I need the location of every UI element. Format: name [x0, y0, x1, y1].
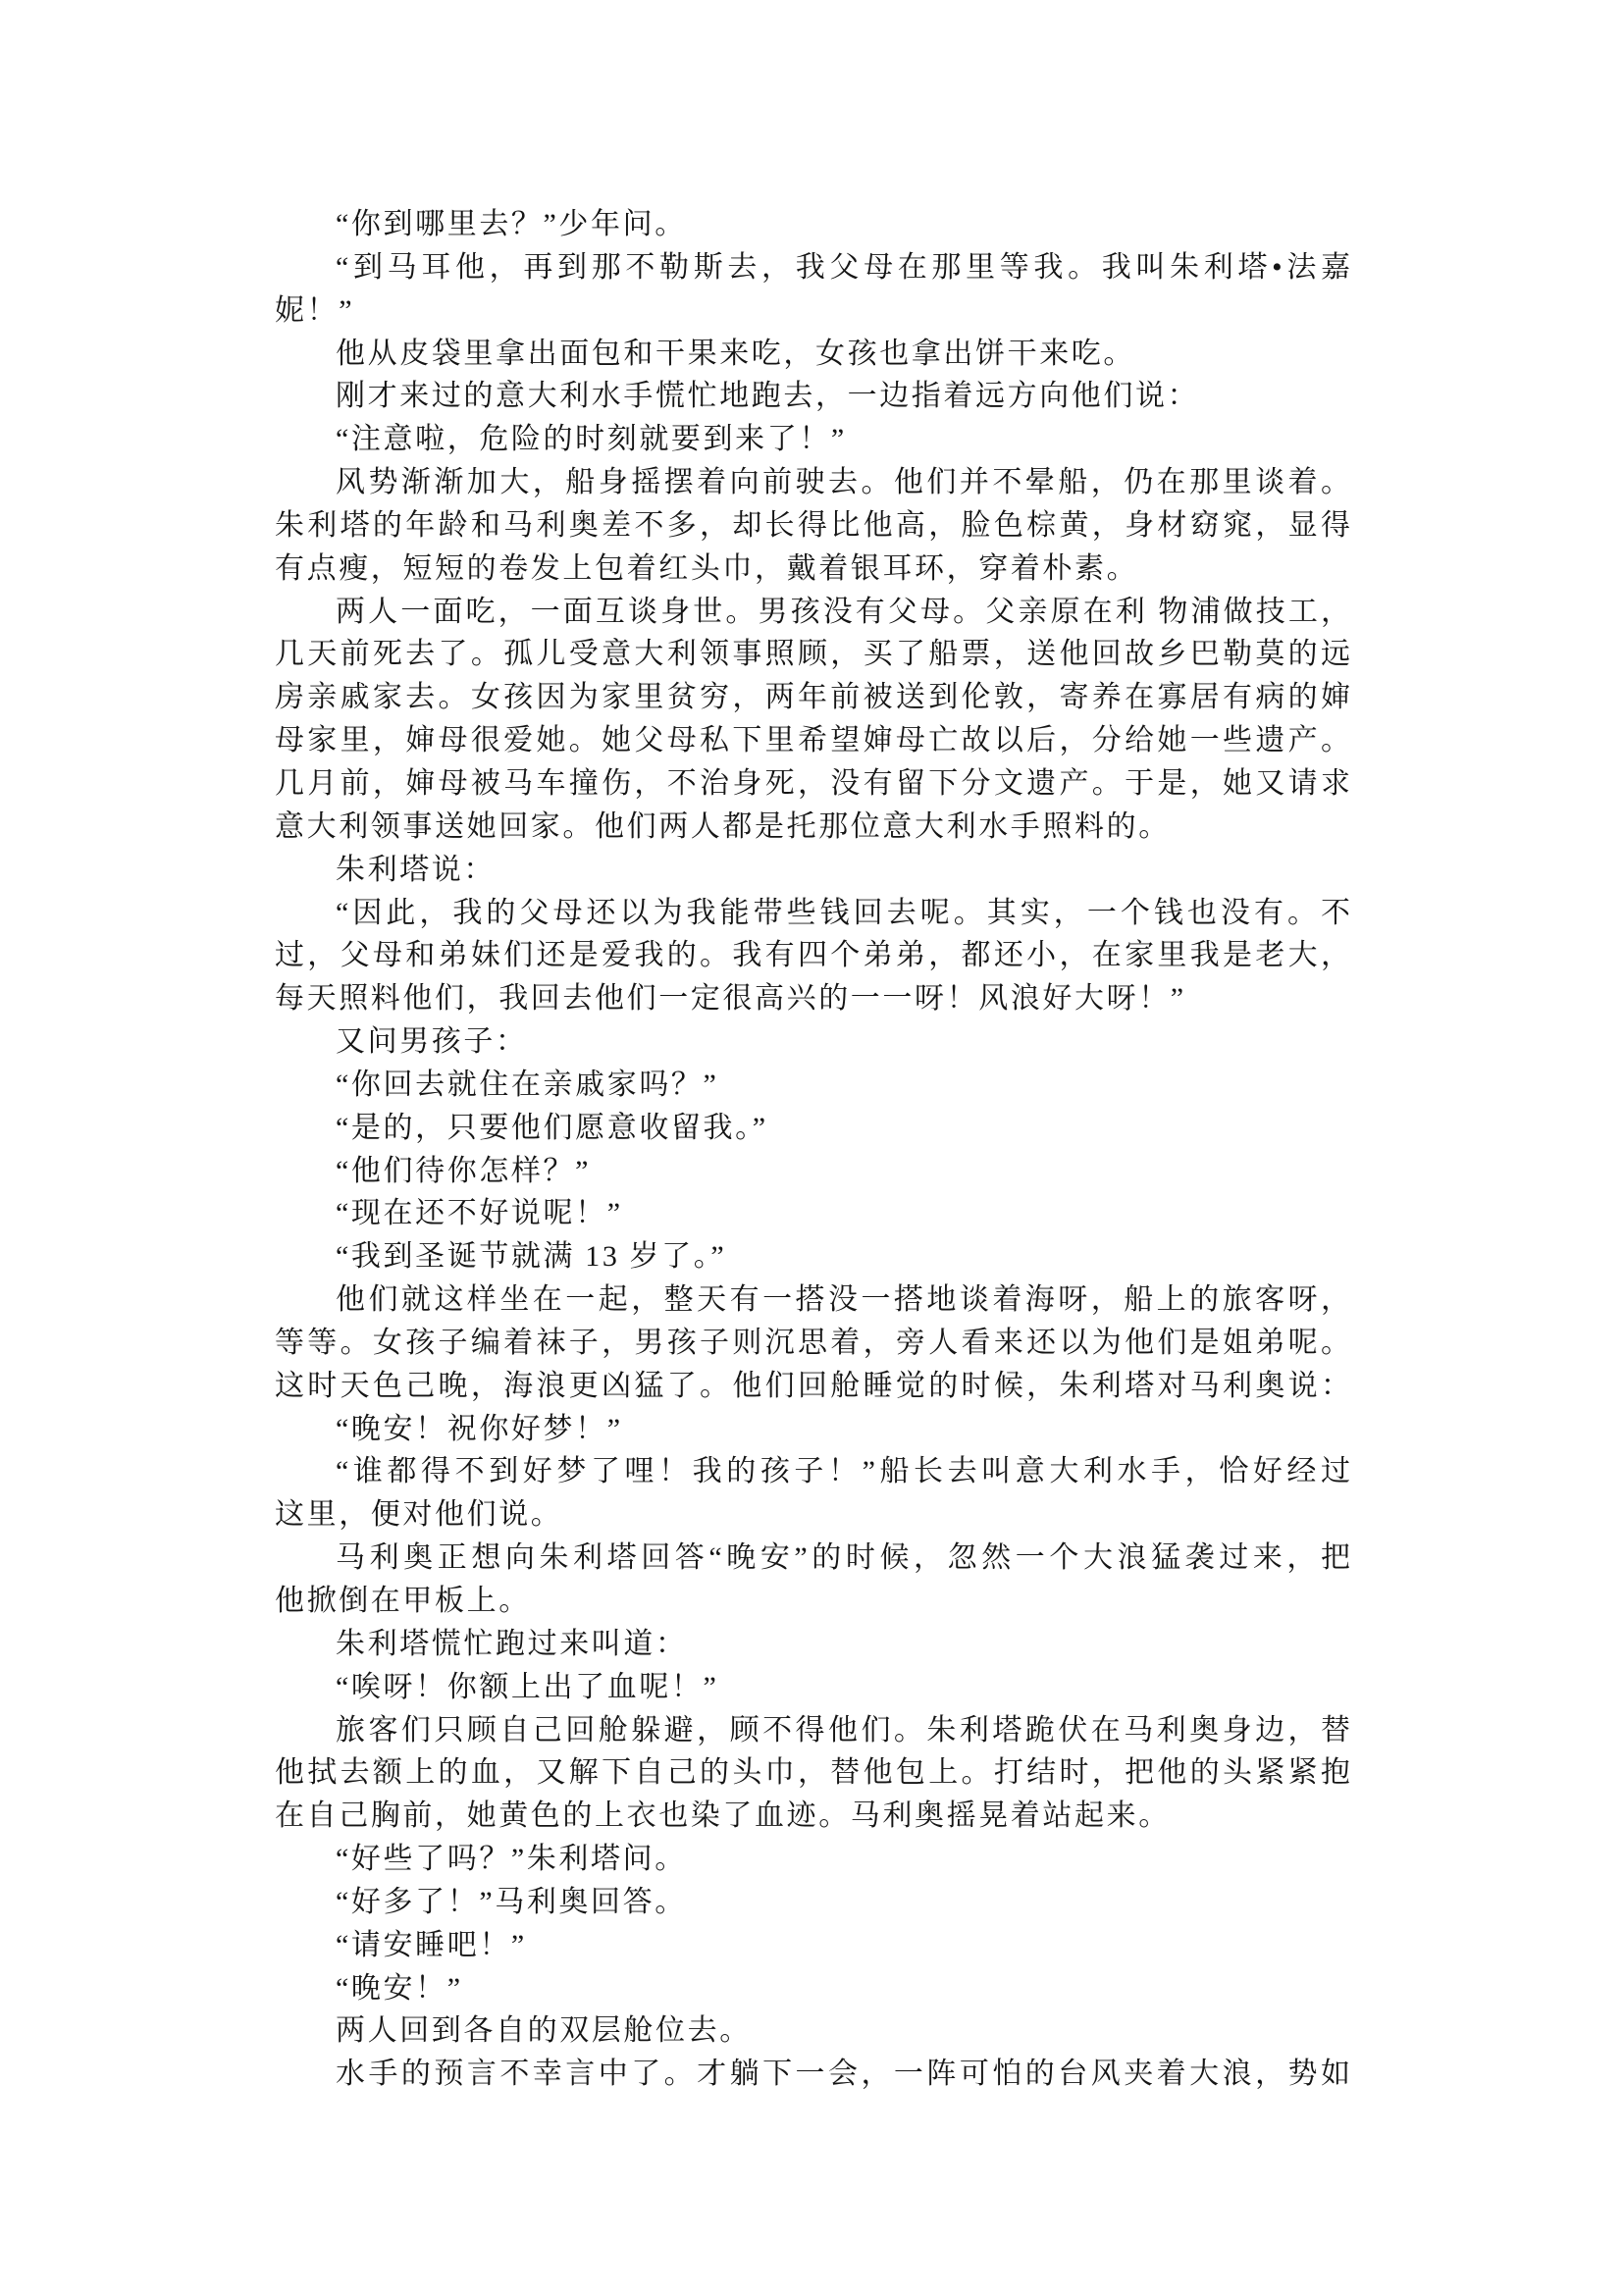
- text-line: “因此，我的父母还以为我能带些钱回去呢。其实，一个钱也没有。不: [275, 892, 1350, 935]
- text-line: 他掀倒在甲板上。: [275, 1580, 1350, 1623]
- text-line: 有点瘦，短短的卷发上包着红头巾，戴着银耳环，穿着朴素。: [275, 547, 1350, 591]
- text-line: 刚才来过的意大利水手慌忙地跑去，一边指着远方向他们说：: [275, 375, 1350, 418]
- text-line: 他拭去额上的血，又解下自己的头巾，替他包上。打结时，把他的头紧紧抱: [275, 1751, 1350, 1795]
- text-line: 意大利领事送她回家。他们两人都是托那位意大利水手照料的。: [275, 806, 1350, 849]
- text-line: 旅客们只顾自己回舱躲避，顾不得他们。朱利塔跪伏在马利奥身边，替: [275, 1709, 1350, 1752]
- text-line: “晚安！”: [275, 1967, 1350, 2010]
- text-line: “注意啦，危险的时刻就要到来了！”: [275, 418, 1350, 461]
- document-page: “你到哪里去？”少年问。“到马耳他，再到那不勒斯去，我父母在那里等我。我叫朱利塔…: [0, 0, 1624, 2294]
- text-line: 他们就这样坐在一起，整天有一搭没一搭地谈着海呀，船上的旅客呀，: [275, 1278, 1350, 1322]
- text-line: 又问男孩子：: [275, 1020, 1350, 1064]
- text-line: “请安睡吧！”: [275, 1924, 1350, 1967]
- text-line: 他从皮袋里拿出面包和干果来吃，女孩也拿出饼干来吃。: [275, 333, 1350, 376]
- text-line: 两人回到各自的双层舱位去。: [275, 2009, 1350, 2053]
- text-line: 马利奥正想向朱利塔回答“晚安”的时候，忽然一个大浪猛袭过来，把: [275, 1537, 1350, 1580]
- text-line: 在自己胸前，她黄色的上衣也染了血迹。马利奥摇晃着站起来。: [275, 1795, 1350, 1838]
- text-line: 几月前，婶母被马车撞伤，不治身死，没有留下分文遗产。于是，她又请求: [275, 762, 1350, 806]
- text-line: 每天照料他们，我回去他们一定很高兴的一一呀！风浪好大呀！”: [275, 977, 1350, 1020]
- text-line: 母家里，婶母很爱她。她父母私下里希望婶母亡故以后，分给她一些遗产。: [275, 719, 1350, 762]
- text-line: “你到哪里去？”少年问。: [275, 203, 1350, 246]
- text-line: “唉呀！你额上出了血呢！”: [275, 1666, 1350, 1709]
- text-body: “你到哪里去？”少年问。“到马耳他，再到那不勒斯去，我父母在那里等我。我叫朱利塔…: [275, 203, 1350, 2096]
- text-line: “我到圣诞节就满 13 岁了。”: [275, 1235, 1350, 1278]
- text-line: “晚安！祝你好梦！”: [275, 1408, 1350, 1451]
- text-line: “好多了！”马利奥回答。: [275, 1881, 1350, 1924]
- text-line: 这里，便对他们说。: [275, 1493, 1350, 1537]
- text-line: 两人一面吃，一面互谈身世。男孩没有父母。父亲原在利 物浦做技工，: [275, 591, 1350, 634]
- text-line: “现在还不好说呢！”: [275, 1192, 1350, 1235]
- text-line: “谁都得不到好梦了哩！我的孩子！”船长去叫意大利水手，恰好经过: [275, 1450, 1350, 1493]
- text-line: 房亲戚家去。女孩因为家里贫穷，两年前被送到伦敦，寄养在寡居有病的婶: [275, 676, 1350, 719]
- text-line: “到马耳他，再到那不勒斯去，我父母在那里等我。我叫朱利塔•法嘉: [275, 246, 1350, 289]
- text-line: “是的，只要他们愿意收留我。”: [275, 1107, 1350, 1150]
- text-line: 朱利塔说：: [275, 849, 1350, 892]
- text-line: “你回去就住在亲戚家吗？”: [275, 1064, 1350, 1107]
- text-line: 等等。女孩子编着袜子，男孩子则沉思着，旁人看来还以为他们是姐弟呢。: [275, 1322, 1350, 1365]
- text-line: 妮！”: [275, 289, 1350, 333]
- text-line: “他们待你怎样？”: [275, 1150, 1350, 1193]
- text-line: 几天前死去了。孤儿受意大利领事照顾，买了船票，送他回故乡巴勒莫的远: [275, 633, 1350, 676]
- text-line: 朱利塔的年龄和马利奥差不多，却长得比他高，脸色棕黄，身材窈窕，显得: [275, 504, 1350, 547]
- text-line: 水手的预言不幸言中了。才躺下一会，一阵可怕的台风夹着大浪，势如: [275, 2053, 1350, 2096]
- text-line: 这时天色己晚，海浪更凶猛了。他们回舱睡觉的时候，朱利塔对马利奥说：: [275, 1365, 1350, 1408]
- text-line: 过，父母和弟妹们还是爱我的。我有四个弟弟，都还小，在家里我是老大，: [275, 934, 1350, 977]
- text-line: 风势渐渐加大，船身摇摆着向前驶去。他们并不晕船，仍在那里谈着。: [275, 461, 1350, 504]
- text-line: “好些了吗？”朱利塔问。: [275, 1838, 1350, 1881]
- text-line: 朱利塔慌忙跑过来叫道：: [275, 1623, 1350, 1666]
